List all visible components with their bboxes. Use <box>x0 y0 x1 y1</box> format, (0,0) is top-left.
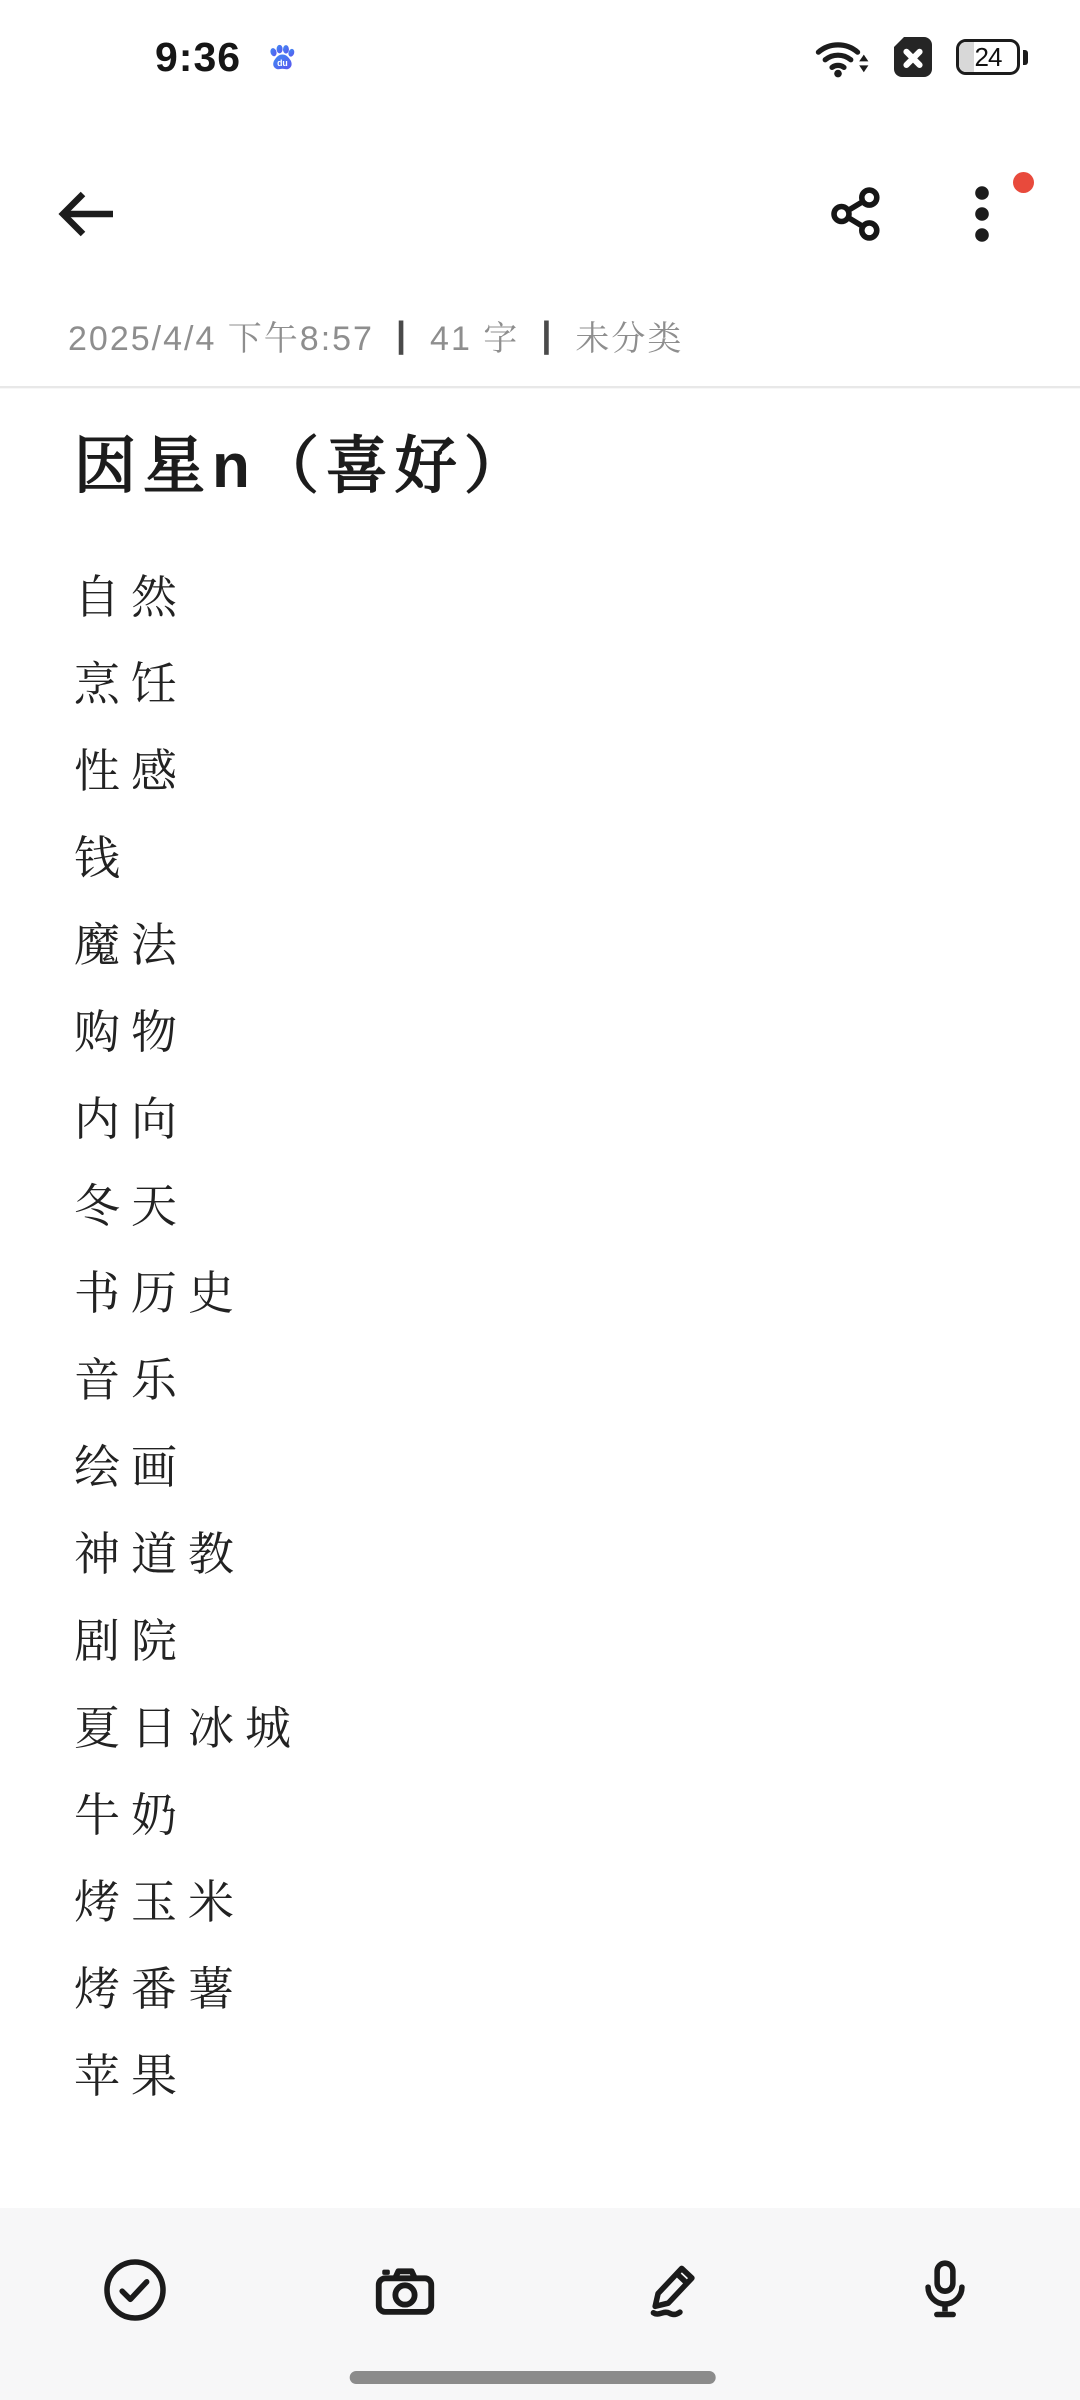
note-line[interactable]: 音乐 <box>74 1333 1030 1420</box>
share-button[interactable] <box>822 180 890 248</box>
note-line[interactable]: 苹果 <box>74 2029 1030 2116</box>
note-line[interactable]: 夏日冰城 <box>74 1681 1030 1768</box>
note-line[interactable]: 剧院 <box>74 1594 1030 1681</box>
status-bar: 9:36 du <box>0 0 1080 100</box>
battery-icon: 24 <box>956 39 1028 75</box>
note-line[interactable]: 书历史 <box>74 1246 1030 1333</box>
notes-app-screen: { "status_bar": { "time": "9:36", "batte… <box>0 0 1080 2400</box>
note-lines: 自然烹饪性感钱魔法购物内向冬天书历史音乐绘画神道教剧院夏日冰城牛奶烤玉米烤番薯苹… <box>74 550 1030 2116</box>
sim-missing-icon <box>888 35 938 79</box>
back-arrow-icon <box>55 188 117 240</box>
more-menu-icon <box>974 185 990 243</box>
note-line[interactable]: 内向 <box>74 1072 1030 1159</box>
note-line[interactable]: 购物 <box>74 985 1030 1072</box>
note-body[interactable]: 因星n（喜好） 自然烹饪性感钱魔法购物内向冬天书历史音乐绘画神道教剧院夏日冰城牛… <box>0 388 1080 2208</box>
note-category[interactable]: 未分类 <box>575 311 683 360</box>
microphone-icon <box>910 2255 980 2325</box>
note-line[interactable]: 冬天 <box>74 1159 1030 1246</box>
more-menu-button[interactable] <box>948 180 1016 248</box>
note-line[interactable]: 烤番薯 <box>74 1942 1030 2029</box>
checklist-icon <box>100 2255 170 2325</box>
doodle-pen-icon <box>640 2255 710 2325</box>
status-icons: 24 <box>814 35 1028 79</box>
baidu-app-icon: du <box>265 40 299 74</box>
camera-icon <box>370 2255 440 2325</box>
note-line[interactable]: 烤玉米 <box>74 1855 1030 1942</box>
battery-percent: 24 <box>975 42 1002 73</box>
wifi-icon <box>814 35 870 79</box>
note-word-count: 41 字 <box>430 311 519 360</box>
note-title[interactable]: 因星n（喜好） <box>74 430 1030 504</box>
battery-fill <box>959 42 974 72</box>
note-line[interactable]: 烹饪 <box>74 637 1030 724</box>
note-header-toolbar <box>0 152 1080 276</box>
camera-button[interactable] <box>371 2256 439 2324</box>
share-icon <box>827 185 885 243</box>
note-line[interactable]: 钱 <box>74 811 1030 898</box>
notification-dot <box>1013 172 1034 193</box>
note-line[interactable]: 魔法 <box>74 898 1030 985</box>
note-meta-row: 2025/4/4 下午8:57 | 41 字 | 未分类 <box>68 304 1040 366</box>
microphone-button[interactable] <box>911 2256 979 2324</box>
back-button[interactable] <box>52 180 120 248</box>
note-line[interactable]: 绘画 <box>74 1420 1030 1507</box>
svg-text:du: du <box>277 58 288 68</box>
note-line[interactable]: 牛奶 <box>74 1768 1030 1855</box>
clock: 9:36 <box>155 34 241 81</box>
home-indicator[interactable] <box>350 2371 716 2384</box>
note-datetime: 2025/4/4 下午8:57 <box>68 311 374 360</box>
meta-separator: | <box>396 314 408 356</box>
checklist-button[interactable] <box>101 2256 169 2324</box>
note-line[interactable]: 自然 <box>74 550 1030 637</box>
doodle-pen-button[interactable] <box>641 2256 709 2324</box>
note-line[interactable]: 神道教 <box>74 1507 1030 1594</box>
note-line[interactable]: 性感 <box>74 724 1030 811</box>
meta-separator: | <box>541 314 553 356</box>
